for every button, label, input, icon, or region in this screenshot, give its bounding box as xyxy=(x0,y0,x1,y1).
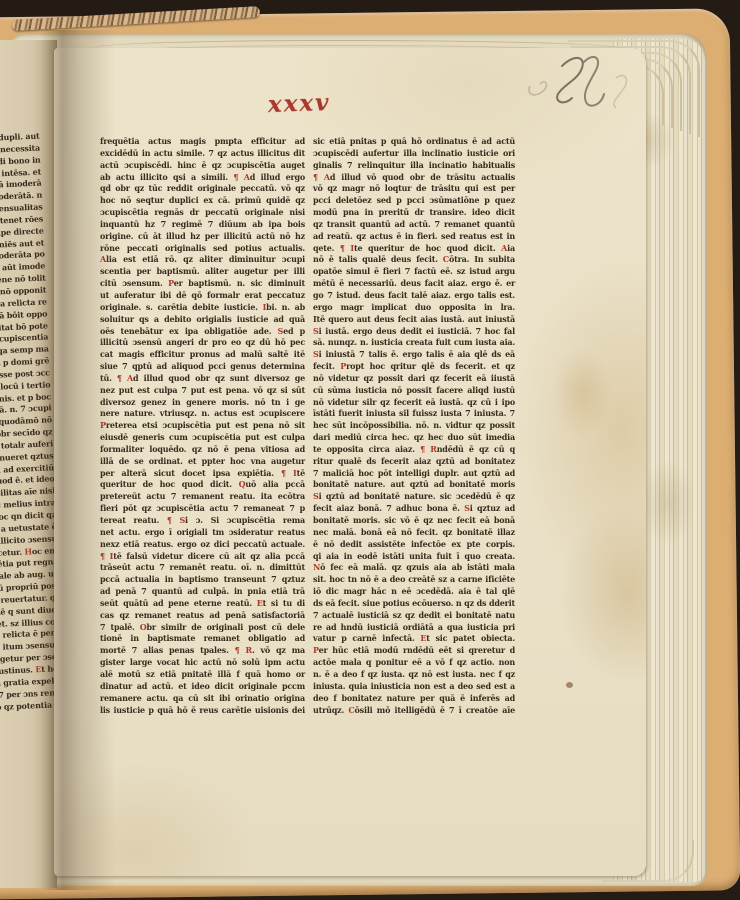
text-line: illā de se ordinat. et ppter hoc vna aug… xyxy=(100,456,305,468)
text-line: cas qz remanet reatus ad penā satisfacto… xyxy=(100,610,305,622)
text-line: gister large vocat hic actū nō solū ipm … xyxy=(100,657,305,669)
text-line: tereat reatu. ¶ Si ɔ. Si ɔcupiscētia rem… xyxy=(100,515,305,527)
text-line: Itē quero aut deus fecit aias iustā. aut… xyxy=(313,314,515,326)
text-line: qete. ¶ Ite queritur de hoc quod dicit. … xyxy=(313,243,515,255)
text-line: citū ɔsensum. Per baptismū. n. sic dimin… xyxy=(100,278,305,290)
text-line: pccā actualia in baptismo transeunt 7 qz… xyxy=(100,574,305,586)
text-line: ad reatū. qz actus ē in fieri. sed reatu… xyxy=(313,231,515,243)
text-line: trāseūt actu 7 remanēt reatu. oī. n. dim… xyxy=(100,562,305,574)
text-line: vatur p carnē infectā. Et sic patet obie… xyxy=(313,633,515,645)
text-line: modū pna in preritū dr transire. ideo di… xyxy=(313,207,515,219)
text-line: ɔcupiscētia regnās dr peccatū originale … xyxy=(100,207,305,219)
text-line: Si iustā. ergo deus dedit ei iusticiā. 7… xyxy=(313,326,515,338)
text-line: iniusta. quia iniusticia non est a deo s… xyxy=(313,681,515,693)
text-line: re ad hndū iusticiā ordiātā a qua iustic… xyxy=(313,622,515,634)
text-line: scentia per baptismū. aliter augetur per… xyxy=(100,266,305,278)
text-line: fieri pōt qz ɔcupiscētia actu 7 remaneat… xyxy=(100,503,305,515)
text-line: lis iusticie p quā hō ē reus carētie uis… xyxy=(100,705,305,717)
text-line: qz transit quantū ad actū. 7 remanet qua… xyxy=(313,219,515,231)
text-line: 7 maliciā hoc pōt intelligi duplr. aut q… xyxy=(313,468,515,480)
text-line: Si iniustā 7 talis ē. ergo talis ē aia q… xyxy=(313,349,515,361)
text-line: pcci deletōez sed p pcci ɔsūmatiōne p qu… xyxy=(313,195,515,207)
text-line: nō ē talis qualē deus fecit. Cōtra. In s… xyxy=(313,254,515,266)
text-line: actū ɔcupiscēdi. hinc ē qz ɔcupiscētia a… xyxy=(100,160,305,172)
text-line: ginalis 7 relinquitur illa incinatio hab… xyxy=(313,160,515,172)
text-line: ergo magr implicat duo opposita in lra. xyxy=(313,302,515,314)
text-line: frequētia actus magis pmpta efficitur ad xyxy=(100,136,305,148)
text-line: ¶ Itē falsū videtur dicere cū ait qz ali… xyxy=(100,551,305,563)
text-line: siue 7 qptū ad aliquod pcci genus determ… xyxy=(100,361,305,373)
text-line: nec malā. bonā eā nō fecit. qz bonitatē … xyxy=(313,527,515,539)
facing-page-text: ōt eē dupli. auttat ut necessitaoponēdi … xyxy=(0,131,57,718)
text-line: Alia est etiā rō. qz aliter diminuitur ɔ… xyxy=(100,254,305,266)
text-line: soluitur qs a debito origialis iusticie … xyxy=(100,314,305,326)
text-line: diversoz genez in genere moris. nō tn i … xyxy=(100,397,305,409)
facing-page-sliver: ōt eē dupli. auttat ut necessitaoponēdi … xyxy=(0,40,57,888)
text-line: iō dic magr hāc n eē ɔcedēdā. aia ē tal … xyxy=(313,586,515,598)
text-line: alē motū sz etiā pnitatē illā f quā homo… xyxy=(100,669,305,681)
text-line: dari mediū circa hec. qz hec duo sūt ime… xyxy=(313,432,515,444)
text-line: net actu. ergo ī origiali tm ɔsideratur … xyxy=(100,527,305,539)
text-line: īstāti fuerit iniusta sil fuissz iusta 7… xyxy=(313,408,515,420)
text-line: utrūqz. Cōsili mō itelligēdū ē 7 ī creat… xyxy=(313,705,515,717)
text-column-right: sic etiā pnitas p quā hō ordinatus ē ad … xyxy=(313,136,515,716)
text-line: qd obr qz tūc reddit originale peccatū. … xyxy=(100,183,305,195)
text-line: go 7 istud. deus facit talē aiaz. ergo t… xyxy=(313,290,515,302)
text-line: eiusdē generis cum ɔcupiscētia put est c… xyxy=(100,432,305,444)
text-line: sā. nunqz. n. iusticia creata fuit cum i… xyxy=(313,337,515,349)
text-line: n. ē a deo f qz iusta. qz nō est iusta. … xyxy=(313,669,515,681)
text-line: ritur qualē ds fecerit aiaz qztū ad boni… xyxy=(313,456,515,468)
text-line: cat magis efficitur pronus ad malū saltē… xyxy=(100,349,305,361)
text-line: ɔcupiscēdi aufertur illa inclinatio iust… xyxy=(313,148,515,160)
text-line: sit. hoc tn nō ē a deo creātē sz a carne… xyxy=(313,574,515,586)
text-column-left: frequētia actus magis pmpta efficitur ad… xyxy=(100,136,305,716)
book-photograph: ōt eē dupli. auttat ut necessitaoponēdi … xyxy=(0,0,740,900)
text-line: sic etiā pnitas p quā hō ordinatus ē ad … xyxy=(313,136,515,148)
text-line: pretereūt actu 7 remanent reatu. ita ecō… xyxy=(100,491,305,503)
text-line: 7 tpalē. Obr similr de originali post cū… xyxy=(100,622,305,634)
text-line: il rō qz potentia qz xyxy=(0,699,57,718)
text-line: ut auferatur ibi dē qō formalr erat pecc… xyxy=(100,290,305,302)
text-line: vō qz magr nō loqtur de trāsitu qui est … xyxy=(313,183,515,195)
text-line: ab actu illicito qsi a simili. ¶ Ad illu… xyxy=(100,172,305,184)
text-line: tū. ¶ Ad illud quod obr qz sunt diversoz… xyxy=(100,373,305,385)
text-line: oēs tenebātur ex ipa obligatiōe ade. Sed… xyxy=(100,326,305,338)
text-line: nō videtur qz possit dari qz fecerit eā … xyxy=(313,373,515,385)
text-line: inquantū hz 7 regimē 7 diūum ab ipa bois xyxy=(100,219,305,231)
text-line: hec sūt incōpossibilia. nō. n. vidtur qz… xyxy=(313,420,515,432)
text-line: bonitatē moris. sic vō ē qz nec fecit eā… xyxy=(313,515,515,527)
text-line: ē nō dedit assistēte infectōe ex pte cor… xyxy=(313,539,515,551)
text-line: originale. s. carētia debite iusticie. I… xyxy=(100,302,305,314)
text-line: fecit aiaz bonā. 7 adhuc bona ē. Si qztu… xyxy=(313,503,515,515)
text-line: qi aia in eodē istāti unita fuit ī quo c… xyxy=(313,551,515,563)
text-line: per alterā sicut docet ipsa expiētia. ¶ … xyxy=(100,468,305,480)
pencil-inscription xyxy=(524,48,654,118)
text-line: origine. cū āt illud hz per illicitū act… xyxy=(100,231,305,243)
text-line: cū sūma iusticia nō possit facere aliqd … xyxy=(313,385,515,397)
stain-spot xyxy=(566,682,573,688)
folio-number: xxxv xyxy=(268,89,331,118)
text-line: opatōe simul ē fieri 7 factū eē. sz istu… xyxy=(313,266,515,278)
text-line: Si qztū ad bonitatē nature. sic ɔcedēdū … xyxy=(313,491,515,503)
text-line: seūt quātū ad pene eterne reatū. Et si t… xyxy=(100,598,305,610)
text-line: tionē in baptismate remanet obligatio ad xyxy=(100,633,305,645)
text-line: mētū ē necessariū. deus facit aiaz. ergo… xyxy=(313,278,515,290)
recto-page: xxxv frequētia actus magis pmpta efficit… xyxy=(54,48,646,876)
text-line: deo f bonitatez nature per quā ē inferēs… xyxy=(313,693,515,705)
text-line: ds eā fecit. siue potius ecōuerso. n qz … xyxy=(313,598,515,610)
text-line: Nō fec eā malā. qz qzuis aia ab istāti m… xyxy=(313,562,515,574)
text-line: te opposita circa aiaz. ¶ Rndēdū ē qz cū… xyxy=(313,444,515,456)
text-line: bonitatē nature. aut qztū ad bonitatē mo… xyxy=(313,479,515,491)
text-line: nez put est culpa 7 put est pena. vō qz … xyxy=(100,385,305,397)
text-line: mortē 7 alias penas tpales. ¶ R. vō qz m… xyxy=(100,645,305,657)
text-line: nō videtur silr qz fecerit eā iustā. qz … xyxy=(313,397,515,409)
text-line: ¶ Ad illud vō quod obr de trāsitu actual… xyxy=(313,172,515,184)
text-line: ad penā 7 quantū ad culpā. in pnia etiā … xyxy=(100,586,305,598)
text-line: formaliter loquēdo. qz nō ē pena vitiosa… xyxy=(100,444,305,456)
text-line: Preterea etsi ɔcupiscētia put est pena n… xyxy=(100,420,305,432)
text-line: fecit. Propt hoc qritur qlē ds fecerit. … xyxy=(313,361,515,373)
text-line: 7 actualē iusticiā sz qz dedit ei bonita… xyxy=(313,610,515,622)
text-line: hoc nō seqtur duplici ex cā. primū quidē… xyxy=(100,195,305,207)
text-line: rōne peccati originalis sed potius actua… xyxy=(100,243,305,255)
text-line: dinatur ad actū. et ideo dicit originale… xyxy=(100,681,305,693)
text-line: nere nature. vtriusqz. n. actus est ɔcup… xyxy=(100,408,305,420)
stain-blotch xyxy=(552,348,612,438)
text-line: nexz etiā reatus. ergo oz dici peccatū a… xyxy=(100,539,305,551)
text-line: queritur de hoc quod dicit. Quō alia pcc… xyxy=(100,479,305,491)
text-line: excidēdū in actu simile. 7 qz actus illi… xyxy=(100,148,305,160)
text-line: Per hūc etiā modū rndēdū eēt si qreretur… xyxy=(313,645,515,657)
text-line: illicitū ɔsensū angeri dr pro eo qz dū h… xyxy=(100,337,305,349)
text-line: actōe mala q ponitur eē a vō f qz actio.… xyxy=(313,657,515,669)
text-line: remanere actu. qa cū sit ibi orinatio or… xyxy=(100,693,305,705)
